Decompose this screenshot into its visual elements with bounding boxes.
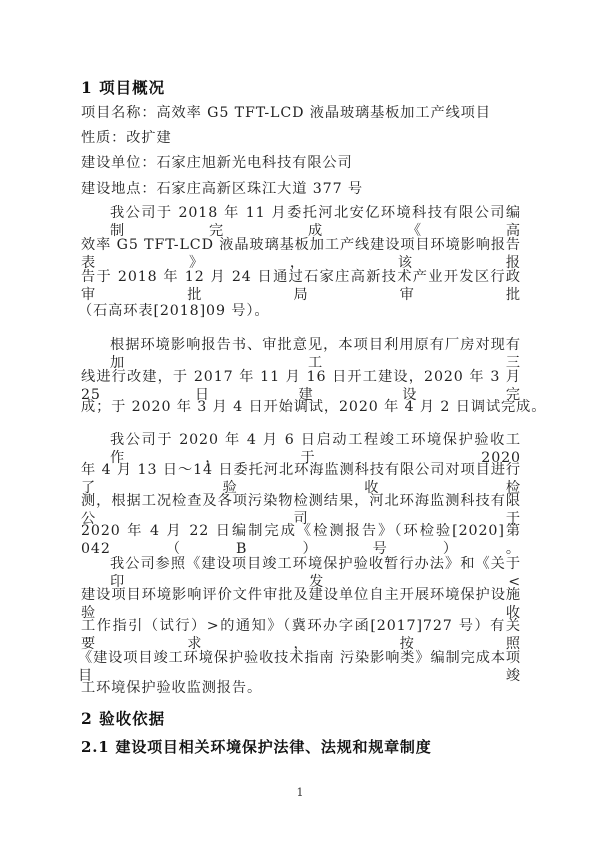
paragraph-1-line-3: 告于 2018 年 12 月 24 日通过石家庄高新技术产业开发区行政审批局审批 (81, 268, 521, 304)
project-nature: 性质：改扩建 (81, 129, 521, 147)
subsection-heading-2-1: 2.1 建设项目相关环境保护法律、法规和规章制度 (81, 738, 521, 756)
construction-unit: 建设单位：石家庄旭新光电科技有限公司 (81, 154, 521, 172)
paragraph-2-line-1: 根据环境影响报告书、审批意见，本项目利用原有厂房对现有加工三 (110, 336, 521, 372)
construction-site: 建设地点：石家庄高新区珠江大道 377 号 (81, 180, 521, 198)
document-page: 1 项目概况 项目名称：高效率 G5 TFT-LCD 液晶玻璃基板加工产线项目 … (0, 0, 600, 848)
paragraph-1-line-4: （石高环表[2018]09 号）。 (78, 302, 518, 320)
paragraph-2-line-3: 成；于 2020 年 3 月 4 日开始调试，2020 年 4 月 2 日调试完… (81, 398, 521, 416)
paragraph-1-line-1: 我公司于 2018 年 11 月委托河北安亿环境科技有限公司编制完成《高 (110, 204, 521, 240)
paragraph-3-line-4: 2020 年 4 月 22 日编制完成《检测报告》（环检验[2020]第 042… (81, 522, 521, 558)
section-heading-2: 2 验收依据 (81, 710, 521, 728)
paragraph-4-line-3: 工作指引（试行）>的通知》（冀环办字函[2017]727 号）有关要求，按照 (81, 617, 521, 653)
paragraph-1-line-2: 效率 G5 TFT-LCD 液晶玻璃基板加工产线建设项目环境影响报告表》，该报 (81, 236, 521, 272)
paragraph-4-line-5: 工环境保护验收监测报告。 (81, 679, 521, 697)
page-number: 1 (0, 786, 600, 799)
project-name: 项目名称：高效率 G5 TFT-LCD 液晶玻璃基板加工产线项目 (81, 104, 521, 122)
section-heading-1: 1 项目概况 (81, 79, 521, 97)
